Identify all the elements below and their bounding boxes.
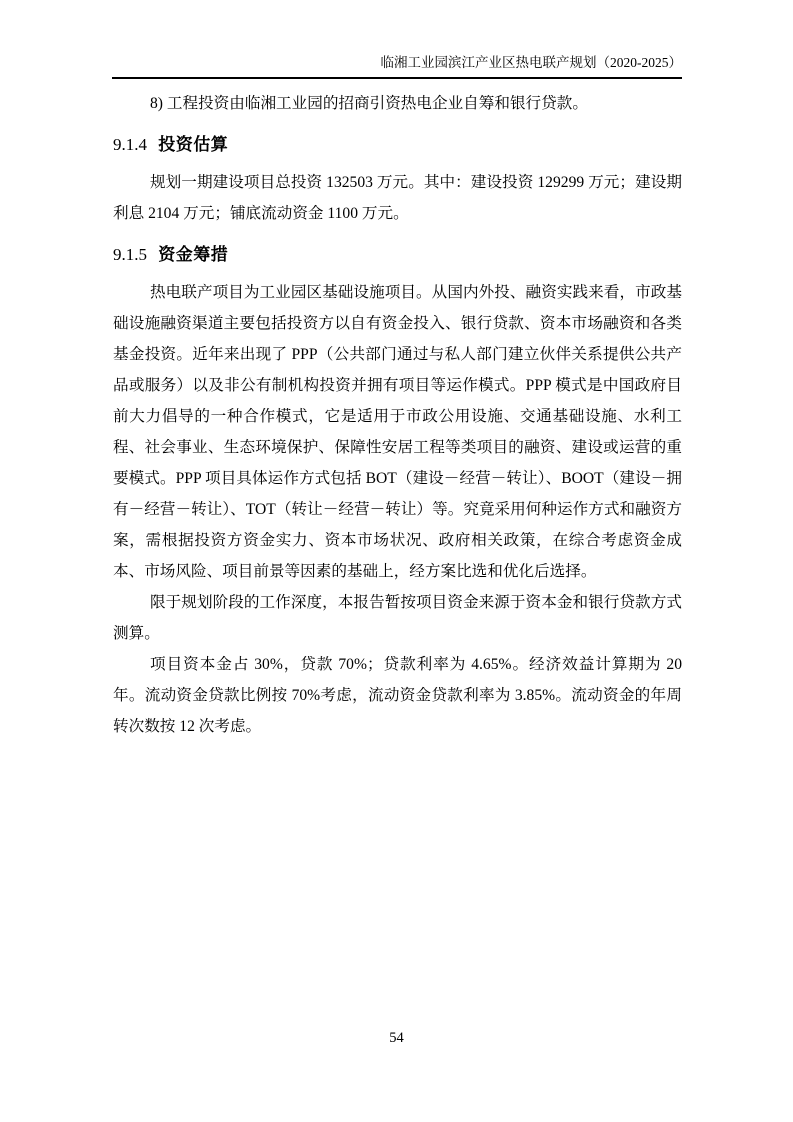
section-heading-9-1-4: 9.1.4 投资估算 bbox=[113, 126, 682, 164]
section-heading-9-1-5: 9.1.5 资金筹措 bbox=[113, 236, 682, 274]
paragraph-financing-overview: 热电联产项目为工业园区基础设施项目。从国内外投、融资实践来看，市政基础设施融资渠… bbox=[113, 277, 682, 587]
paragraph-investment-estimate: 规划一期建设项目总投资 132503 万元。其中：建设投资 129299 万元；… bbox=[113, 167, 682, 229]
document-page: 临湘工业园滨江产业区热电联产规划（2020-2025） 8) 工程投资由临湘工业… bbox=[0, 0, 793, 1122]
paragraph-capital-structure: 项目资本金占 30%，贷款 70%；贷款利率为 4.65%。经济效益计算期为 2… bbox=[113, 649, 682, 742]
header-title: 临湘工业园滨江产业区热电联产规划（2020-2025） bbox=[381, 55, 683, 70]
list-item-8: 8) 工程投资由临湘工业园的招商引资热电企业自筹和银行贷款。 bbox=[113, 88, 682, 119]
page-header: 临湘工业园滨江产业区热电联产规划（2020-2025） bbox=[112, 52, 682, 79]
section-title-investment-estimate: 投资估算 bbox=[158, 135, 228, 154]
section-number-9-1-4: 9.1.4 bbox=[113, 135, 147, 154]
document-body: 8) 工程投资由临湘工业园的招商引资热电企业自筹和银行贷款。 9.1.4 投资估… bbox=[113, 88, 682, 742]
page-footer: 54 bbox=[0, 1026, 793, 1050]
page-number: 54 bbox=[389, 1030, 404, 1046]
section-number-9-1-5: 9.1.5 bbox=[113, 245, 147, 264]
section-title-fund-raising: 资金筹措 bbox=[158, 245, 228, 264]
paragraph-financing-assumption: 限于规划阶段的工作深度，本报告暂按项目资金来源于资本金和银行贷款方式测算。 bbox=[113, 587, 682, 649]
